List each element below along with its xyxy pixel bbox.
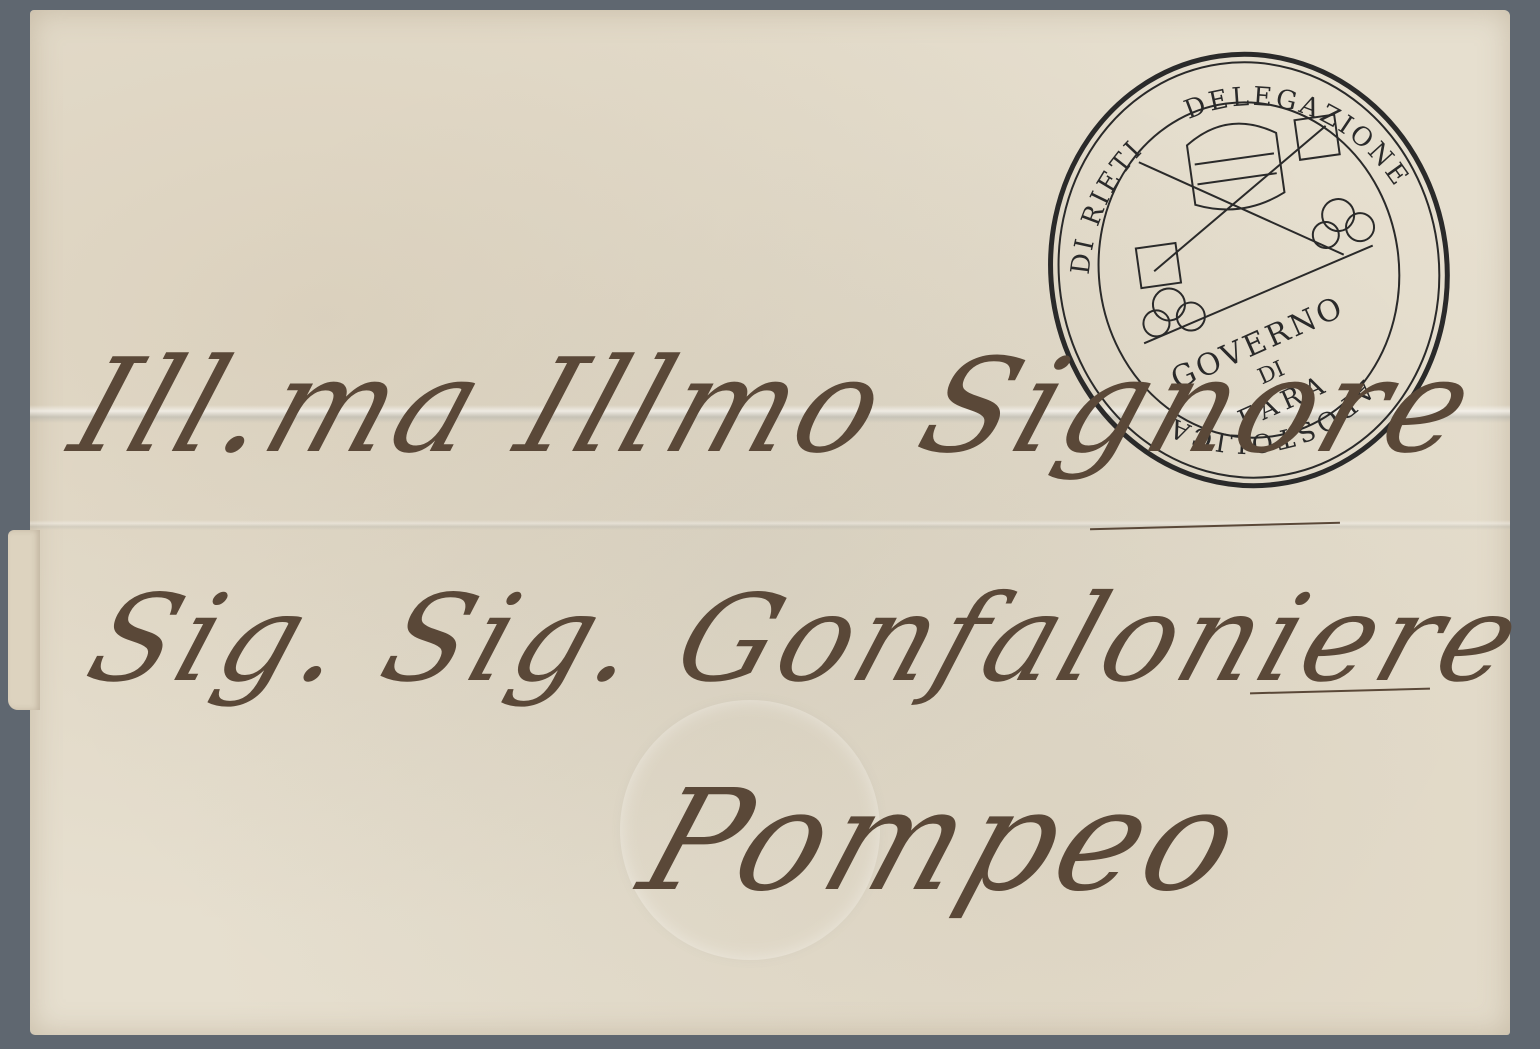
address-line-salutation: Ill.ma Illmo Signore [55,330,1495,482]
address-line-place: Pompeo [624,760,1263,923]
letter-flap [8,530,40,710]
address-line-title: Sig. Sig. Gonfaloniere [72,570,1540,709]
